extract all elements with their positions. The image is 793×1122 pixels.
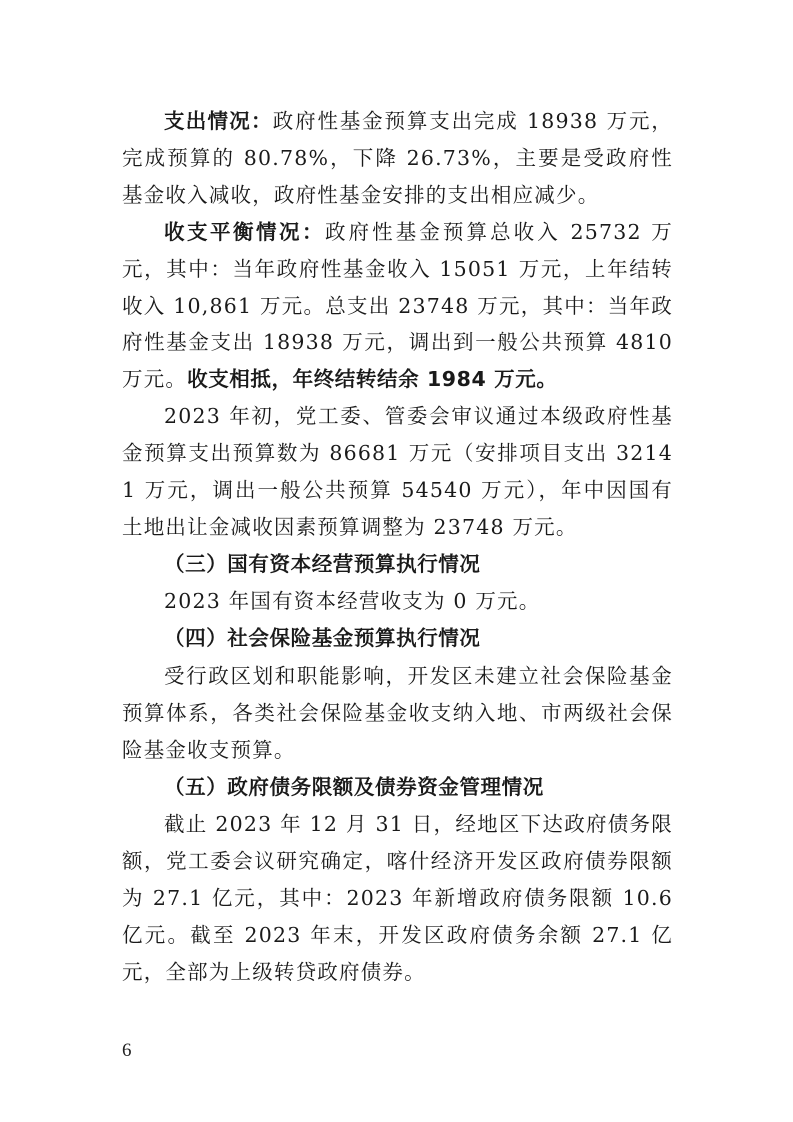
expenditure-label: 支出情况： [164, 109, 273, 133]
section-heading-social-insurance: （四）社会保险基金预算执行情况 [122, 620, 673, 658]
page-number: 6 [122, 1040, 132, 1062]
section-body-social-insurance: 受行政区划和职能影响，开发区未建立社会保险基金预算体系，各类社会保险基金收支纳入… [122, 658, 673, 769]
balance-label: 收支平衡情况： [164, 220, 325, 244]
section-heading-government-debt: （五）政府债务限额及债券资金管理情况 [122, 769, 673, 807]
section-body-state-capital: 2023 年国有资本经营收支为 0 万元。 [122, 583, 673, 620]
document-page: 支出情况：政府性基金预算支出完成 18938 万元，完成预算的 80.78%，下… [122, 103, 673, 991]
paragraph-balance: 收支平衡情况：政府性基金预算总收入 25732 万元，其中：当年政府性基金收入 … [122, 214, 673, 399]
section-body-government-debt: 截止 2023 年 12 月 31 日，经地区下达政府债务限额，党工委会议研究确… [122, 806, 673, 991]
balance-text: 政府性基金预算总收入 25732 万元，其中：当年政府性基金收入 15051 万… [122, 220, 673, 392]
section-heading-state-capital: （三）国有资本经营预算执行情况 [122, 546, 673, 584]
paragraph-expenditure: 支出情况：政府性基金预算支出完成 18938 万元，完成预算的 80.78%，下… [122, 103, 673, 214]
balance-conclusion: 收支相抵，年终结转结余 1984 万元。 [187, 367, 557, 391]
paragraph-budget-adjustment: 2023 年初，党工委、管委会审议通过本级政府性基金预算支出预算数为 86681… [122, 398, 673, 546]
